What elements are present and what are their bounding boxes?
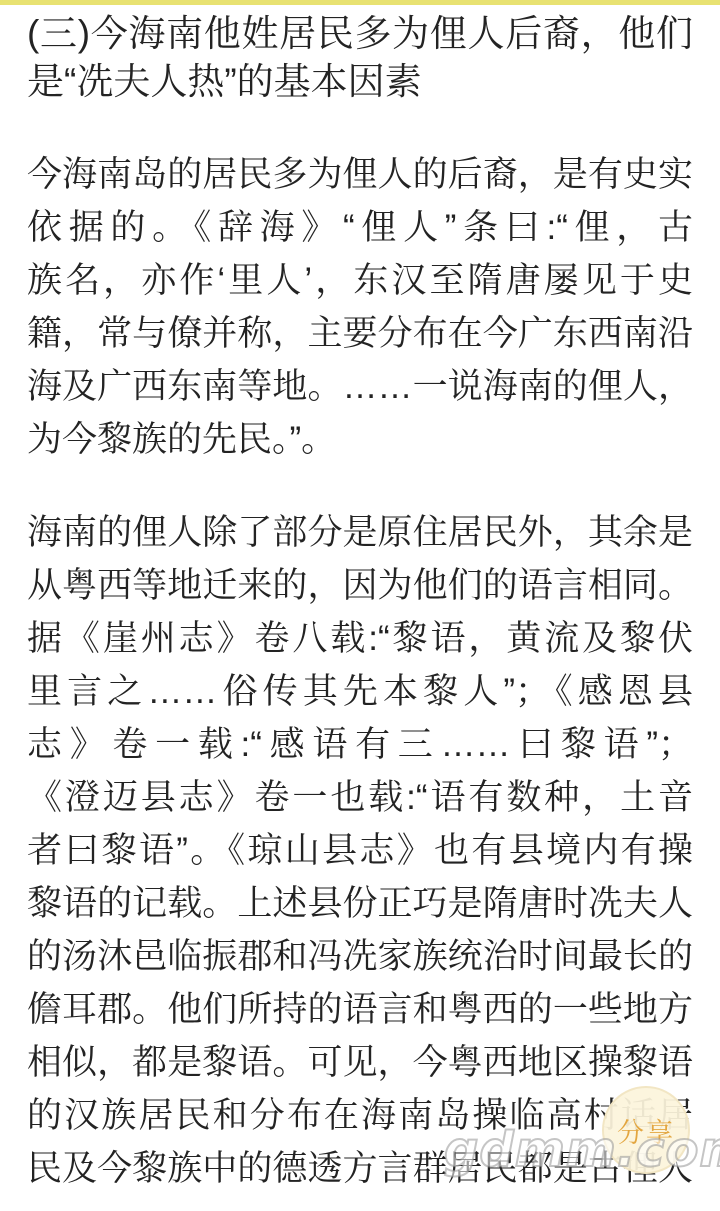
share-button[interactable]: 分享 [602,1086,690,1174]
title-line: 是“冼夫人热”的基本因素 [27,58,693,106]
title-line: (三)今海南他姓居民多为俚人后裔，他们 [27,10,693,58]
text-line: 籍，常与僚并称，主要分布在今广东西南沿 [27,307,693,360]
text-line: 的汉族居民和分布在海南岛操临高村话居 [27,1089,693,1142]
text-line: 志》卷一载:“感语有三……曰黎语”； [27,718,693,771]
text-line: 今海南岛的居民多为俚人的后裔，是有史实 [27,148,693,201]
text-line: 儋耳郡。他们所持的语言和粤西的一些地方 [27,983,693,1036]
text-line: 据《崖州志》卷八载:“黎语，黄流及黎伏 [27,612,693,665]
paragraph-2: 海南的俚人除了部分是原住居民外，其余是 从粤西等地迁来的，因为他们的语言相同。 … [27,506,693,1195]
text-line: 《澄迈县志》卷一也载:“语有数种，土音 [27,771,693,824]
text-line: 从粤西等地迁来的，因为他们的语言相同。 [27,559,693,612]
text-line: 者曰黎语”。《琼山县志》也有县境内有操 [27,824,693,877]
text-line: 民及今黎族中的德透方言群居民都是古俚人 [27,1142,693,1195]
text-line: 为今黎族的先民。”。 [27,413,693,466]
text-line: 海南的俚人除了部分是原住居民外，其余是 [27,506,693,559]
text-line: 黎语的记载。上述县份正巧是隋唐时冼夫人 [27,877,693,930]
text-line: 相似，都是黎语。可见，今粤西地区操黎语 [27,1036,693,1089]
share-button-label: 分享 [617,1111,675,1150]
paragraph-1: 今海南岛的居民多为俚人的后裔，是有史实 依据的。《辞海》“俚人”条曰:“俚，古 … [27,148,693,466]
text-line: 海及广西东南等地。……一说海南的俚人， [27,360,693,413]
text-line: 依据的。《辞海》“俚人”条曰:“俚，古 [27,201,693,254]
article-title: (三)今海南他姓居民多为俚人后裔，他们 是“冼夫人热”的基本因素 [27,10,693,106]
text-line: 里言之……俗传其先本黎人”；《感恩县 [27,665,693,718]
article-body: (三)今海南他姓居民多为俚人后裔，他们 是“冼夫人热”的基本因素 今海南岛的居民… [0,0,720,1195]
text-line: 族名，亦作‘里人’，东汉至隋唐屡见于史 [27,254,693,307]
text-line: 的汤沐邑临振郡和冯冼家族统治时间最长的 [27,930,693,983]
